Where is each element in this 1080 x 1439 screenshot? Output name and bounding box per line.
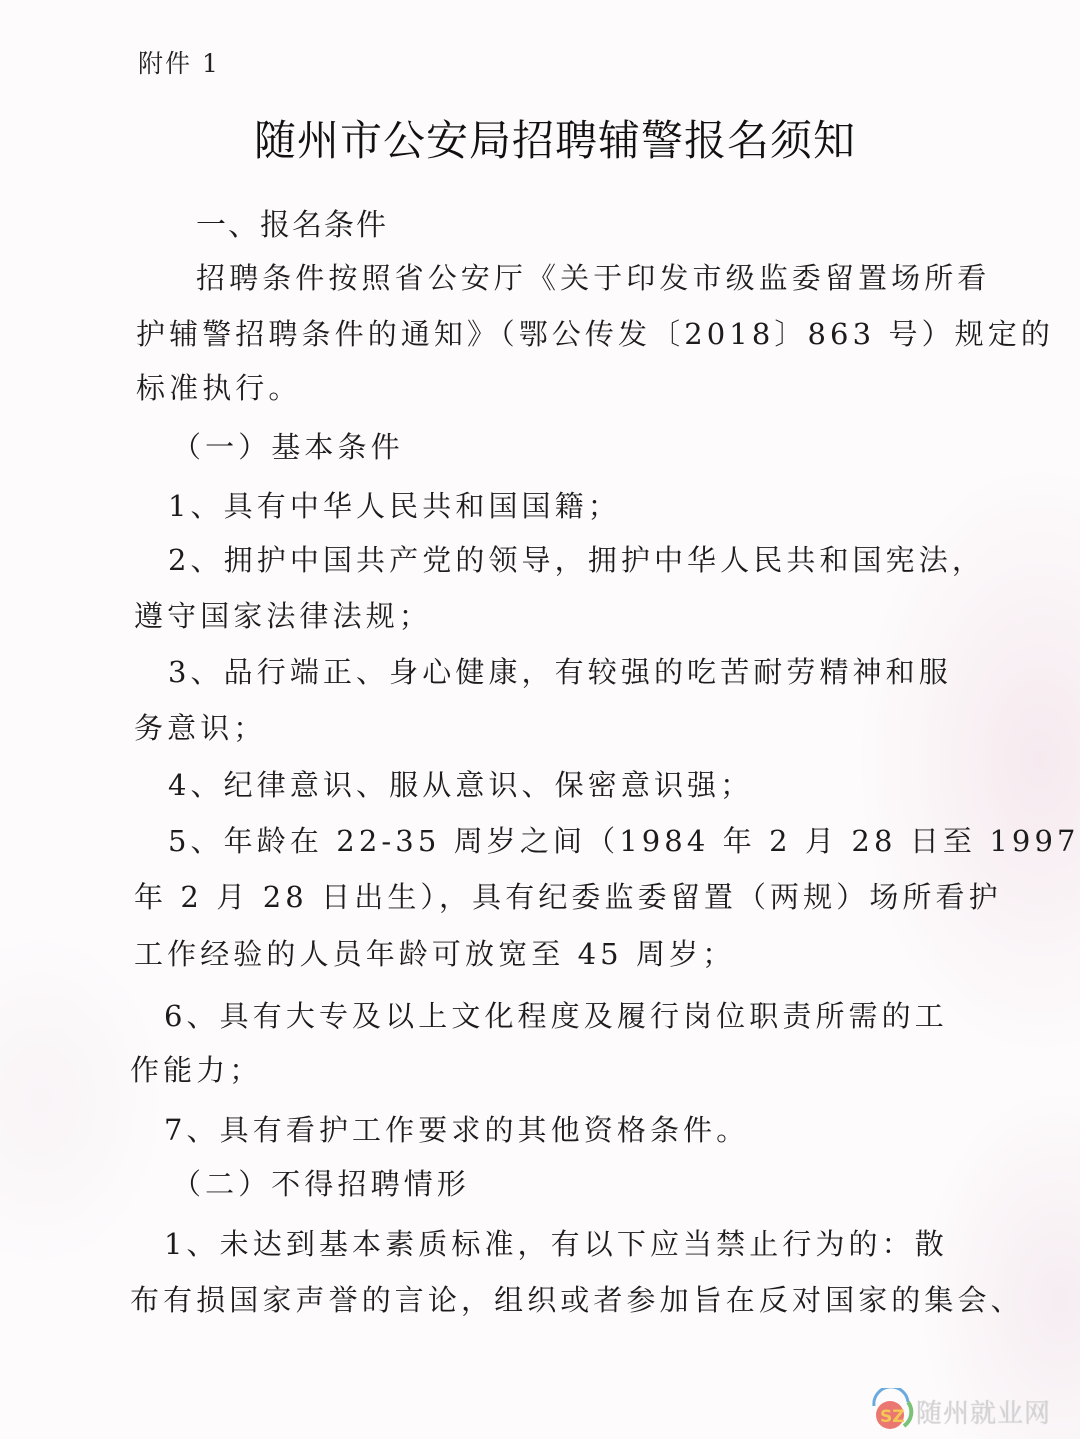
condition-item-5-line-1: 5、年龄在 22-35 周岁之间（1984 年 2 月 28 日至 1997 xyxy=(168,819,1080,860)
condition-item-6-line-1: 6、具有大专及以上文化程度及履行岗位职责所需的工 xyxy=(164,994,948,1035)
intro-line-1: 招聘条件按照省公安厅《关于印发市级监委留置场所看 xyxy=(196,256,990,297)
condition-item-2-line-2: 遵守国家法律法规； xyxy=(134,594,432,635)
svg-text:SZ: SZ xyxy=(880,1407,905,1427)
condition-item-7: 7、具有看护工作要求的其他资格条件。 xyxy=(164,1108,749,1149)
condition-item-2-line-1: 2、拥护中国共产党的领导，拥护中华人民共和国宪法， xyxy=(168,538,985,579)
site-name: 随州就业网 xyxy=(916,1393,1051,1430)
condition-item-6-line-2: 作能力； xyxy=(130,1048,262,1089)
attachment-label: 附件 1 xyxy=(138,44,220,80)
intro-line-3: 标准执行。 xyxy=(136,366,302,407)
disqualification-item-1-line-1: 1、未达到基本素质标准，有以下应当禁止行为的：散 xyxy=(164,1222,948,1263)
scanned-document-page: 附件 1 随州市公安局招聘辅警报名须知 一、报名条件 招聘条件按照省公安厅《关于… xyxy=(0,0,1080,1439)
condition-item-5-line-2: 年 2 月 28 日出生），具有纪委监委留置（两规）场所看护 xyxy=(134,875,1002,916)
condition-item-1: 1、具有中华人民共和国国籍； xyxy=(168,484,621,525)
condition-item-3-line-1: 3、品行端正、身心健康，有较强的吃苦耐劳精神和服 xyxy=(168,650,952,691)
section-heading-registration-conditions: 一、报名条件 xyxy=(196,200,388,244)
condition-item-4: 4、纪律意识、服从意识、保密意识强； xyxy=(168,763,753,804)
subsection-heading-basic-conditions: （一）基本条件 xyxy=(172,425,404,466)
condition-item-5-line-3: 工作经验的人员年龄可放宽至 45 周岁； xyxy=(134,932,735,973)
document-title: 随州市公安局招聘辅警报名须知 xyxy=(0,108,1080,168)
site-watermark: SZ 随州就业网 xyxy=(868,1388,1051,1434)
disqualification-item-1-line-2: 布有损国家声誉的言论，组织或者参加旨在反对国家的集会、 xyxy=(130,1278,1024,1319)
condition-item-3-line-2: 务意识； xyxy=(134,706,266,747)
sz-logo-icon: SZ xyxy=(868,1388,914,1434)
intro-line-2: 护辅警招聘条件的通知》（鄂公传发〔2018〕863 号）规定的 xyxy=(136,312,1054,353)
subsection-heading-disqualifications: （二）不得招聘情形 xyxy=(172,1162,470,1203)
